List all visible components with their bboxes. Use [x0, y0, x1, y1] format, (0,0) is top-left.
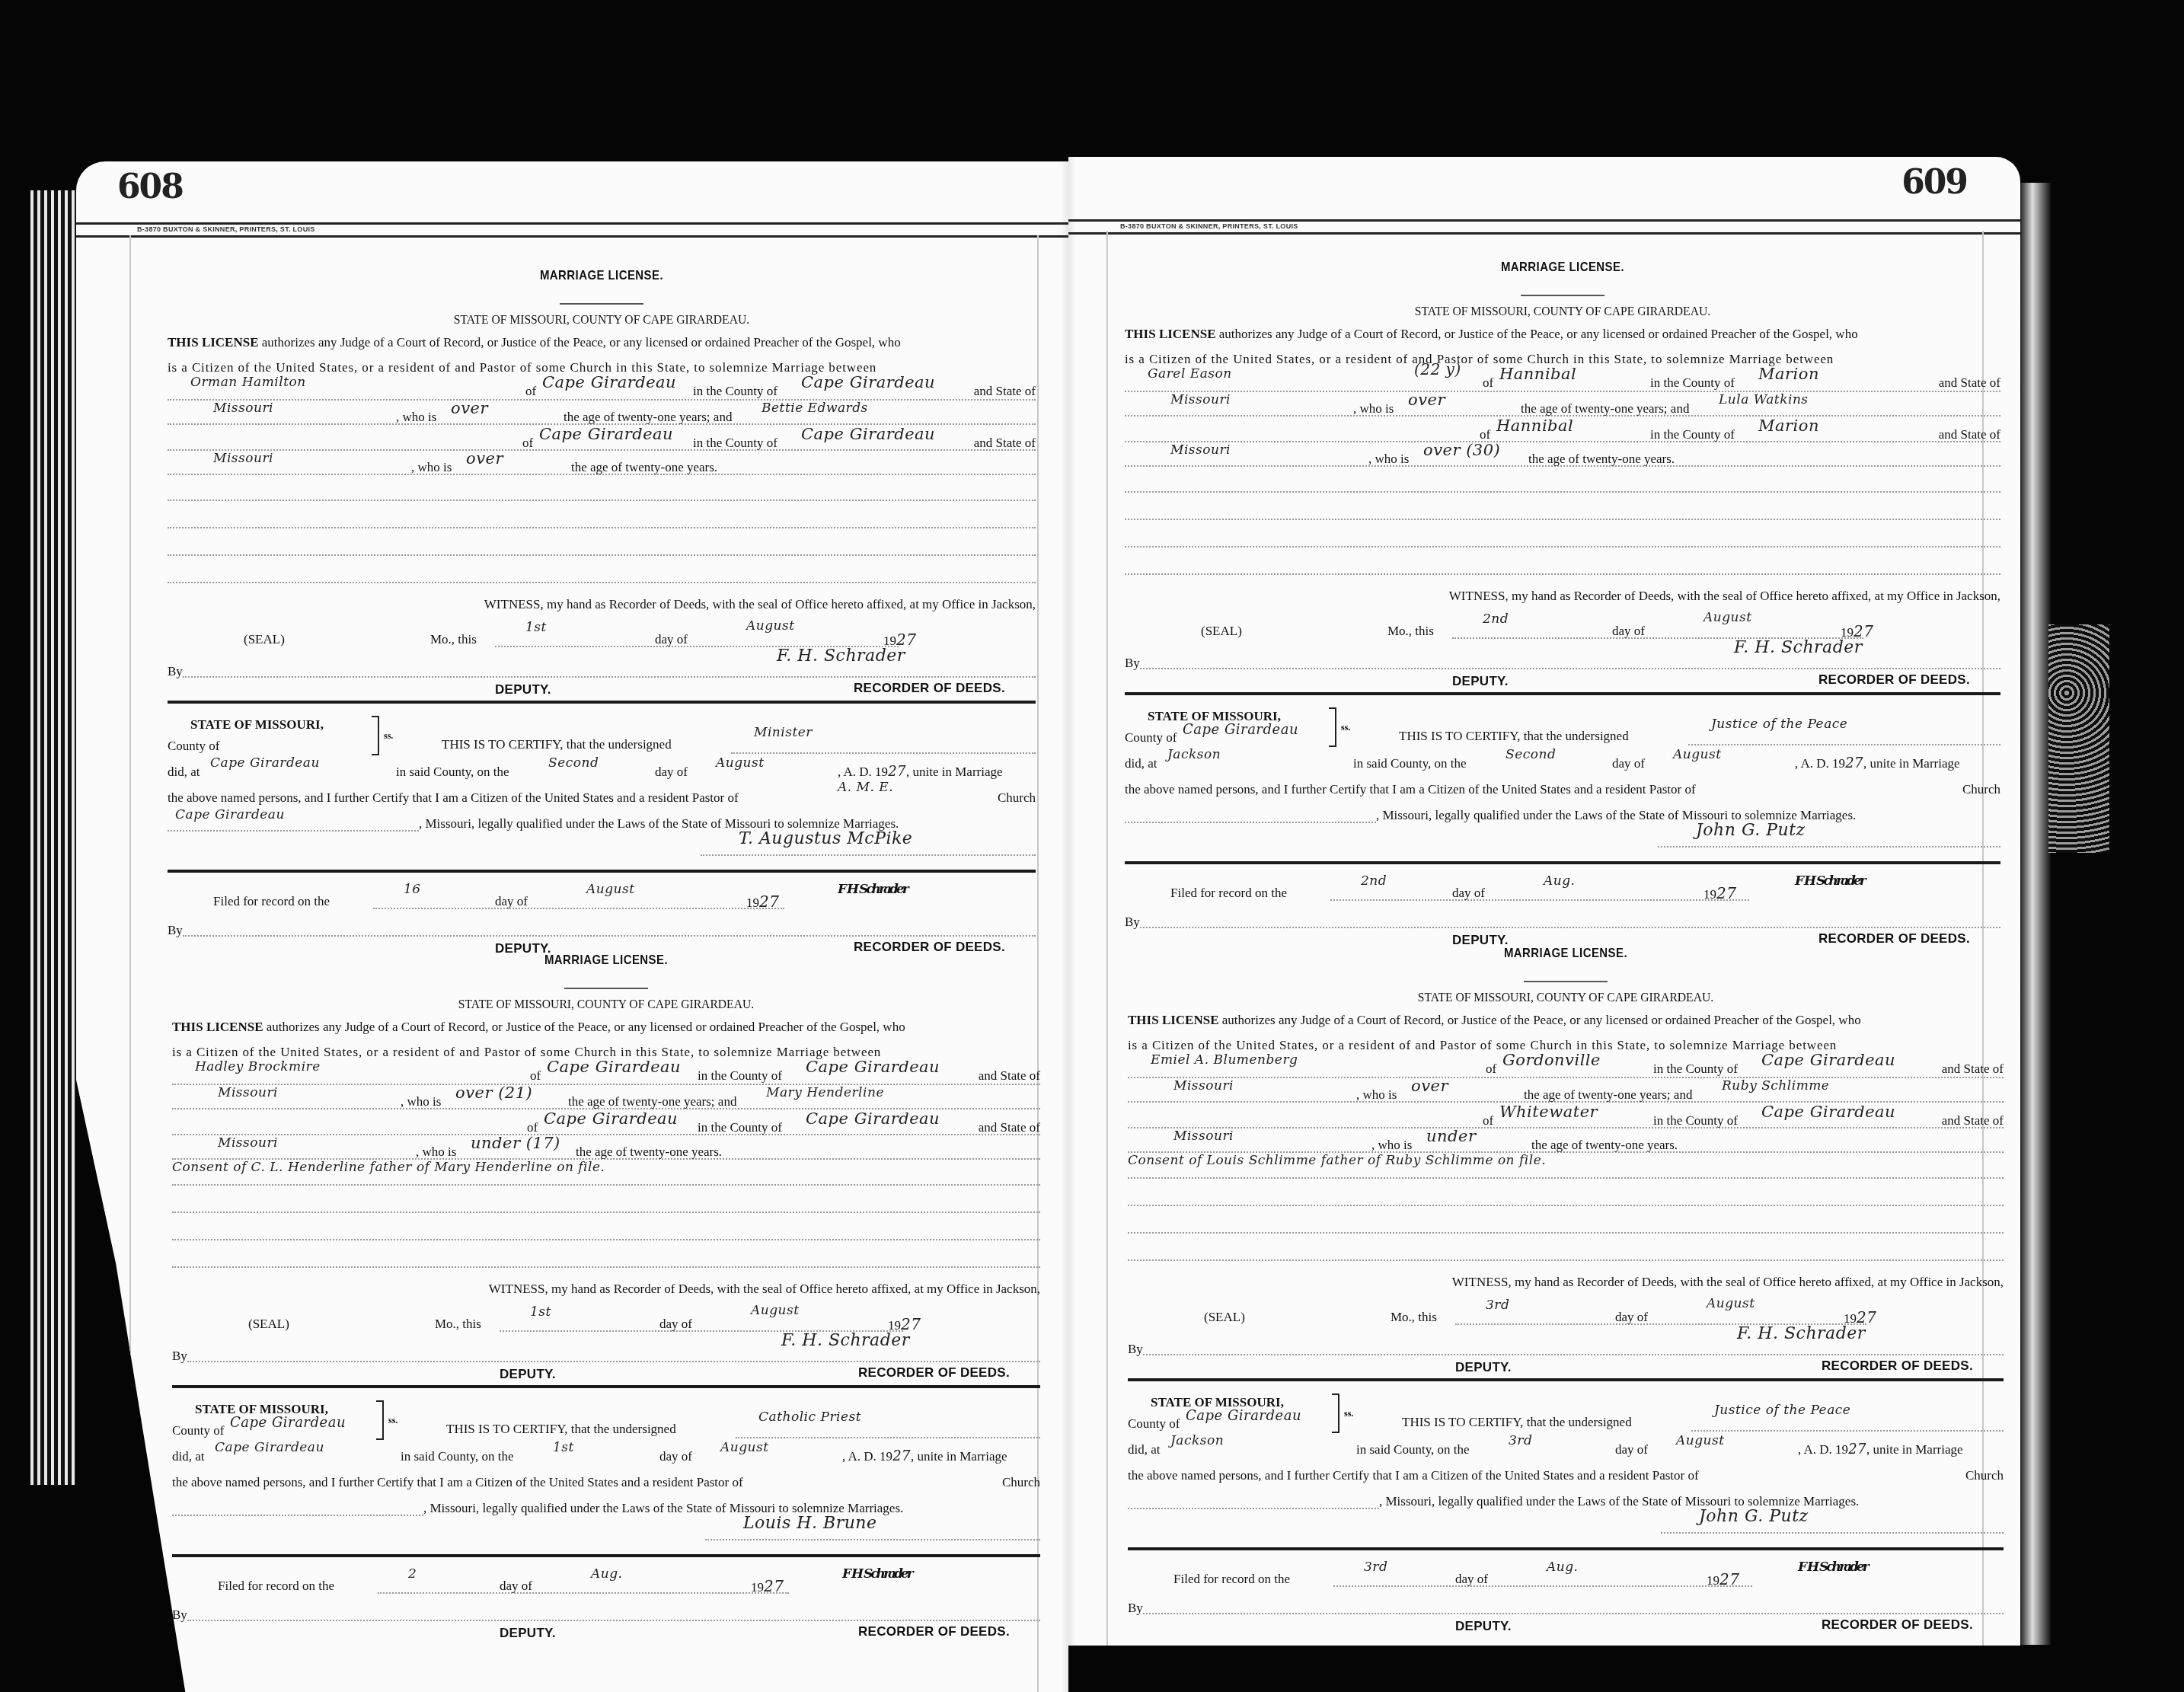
label-ad: , A. D. 1927, unite in Marriage: [838, 765, 1003, 780]
label-did-at: did, at: [168, 765, 200, 780]
printer-imprint: B-3870 BUXTON & SKINNER, PRINTERS, ST. L…: [1120, 222, 1298, 230]
fill-line: [1128, 1259, 2004, 1261]
authorization-text: authorizes any Judge of a Court of Recor…: [1219, 327, 1858, 341]
fill-line: [1143, 1354, 2004, 1355]
bracket: [376, 1400, 384, 1440]
label-by: By: [1128, 1342, 1143, 1357]
bride-age: over (30): [1423, 442, 1500, 458]
section-rule: [1125, 692, 2000, 695]
bride-residence: Whitewater: [1499, 1104, 1598, 1119]
bride-name: Lula Watkins: [1719, 392, 1809, 407]
label-of: of: [525, 384, 536, 399]
issue-day: 1st: [525, 620, 547, 635]
label-by: By: [172, 1349, 187, 1364]
ceremony-year: 27: [892, 1448, 911, 1464]
label-day-of: day of: [1615, 1310, 1648, 1325]
label-ad: , A. D. 1927, unite in Marriage: [1795, 756, 1960, 771]
recorder-filed-signature: F H Schrader: [842, 1566, 912, 1582]
cert-state: STATE OF MISSOURI,: [190, 717, 324, 733]
deputy-label: DEPUTY.: [1455, 1619, 1512, 1634]
label-by: By: [1128, 1601, 1143, 1616]
certify-statement: THIS IS TO CERTIFY, that the undersigned: [1399, 729, 1629, 744]
header-rule: [76, 222, 1068, 225]
label-county-of: County of: [168, 739, 219, 754]
left-page: 608 B-3870 BUXTON & SKINNER, PRINTERS, S…: [76, 161, 1068, 1692]
label-year: 1927: [1703, 886, 1736, 902]
label-church: Church: [998, 790, 1036, 806]
groom-county: Cape Girardeau: [806, 1059, 940, 1074]
label-state-of: and State of: [979, 1068, 1040, 1084]
label-county-of: County of: [172, 1423, 224, 1438]
certify-statement: THIS IS TO CERTIFY, that the undersigned: [442, 737, 672, 752]
groom-age: over: [1411, 1078, 1448, 1093]
ceremony-day: 3rd: [1509, 1433, 1532, 1448]
book-page-stack: [30, 190, 76, 1485]
fill-line: [736, 1437, 1040, 1438]
label-of: of: [522, 436, 533, 451]
ss-label: ss.: [384, 728, 393, 743]
license-lead: THIS LICENSE: [168, 335, 259, 350]
officiant-title: Justice of the Peace: [1714, 1403, 1850, 1418]
label-day-of: day of: [655, 632, 688, 647]
bride-state: Missouri: [1170, 442, 1231, 458]
groom-county: Cape Girardeau: [1761, 1052, 1895, 1068]
ss-label: ss.: [1344, 1406, 1353, 1421]
signature-line: [1658, 846, 2000, 848]
issue-day: 3rd: [1486, 1298, 1509, 1313]
label-did-at: did, at: [172, 1449, 205, 1464]
label-of: of: [1483, 375, 1493, 391]
label-day-of: day of: [1455, 1572, 1488, 1587]
license-citizen-line: is a Citizen of the United States, or a …: [1128, 1038, 1837, 1053]
label-of: of: [1486, 1061, 1496, 1077]
label-age-end: the age of twenty-one years.: [1531, 1138, 1678, 1153]
label-in-said-county: in said County, on the: [401, 1449, 514, 1464]
title-underline: [560, 303, 643, 305]
groom-name: Orman Hamilton: [190, 375, 306, 390]
label-filed: Filed for record on the: [1173, 1572, 1290, 1587]
label-county-of: in the County of: [1653, 1061, 1738, 1077]
label-who-is: , who is: [401, 1094, 441, 1109]
title-underline: [1524, 981, 1608, 982]
officiant-title: Minister: [754, 725, 813, 740]
label-day-of: day of: [655, 765, 688, 780]
fill-line: [1128, 1077, 2004, 1078]
ceremony-month: August: [720, 1440, 769, 1455]
fill-line: [1140, 668, 2000, 669]
label-by: By: [168, 923, 183, 938]
gutter-shadow: [1068, 157, 1076, 1646]
fill-line: [1125, 573, 2000, 575]
groom-state: Missouri: [1170, 392, 1231, 407]
ceremony-year: 27: [888, 764, 906, 780]
fill-line: [172, 1084, 1040, 1085]
fill-line: [168, 830, 419, 832]
recorder-signature: F. H. Schrader: [777, 649, 905, 664]
fill-line: [731, 752, 1036, 754]
seal-label: (SEAL): [244, 632, 285, 647]
label-state-of: and State of: [1939, 375, 2000, 391]
state-county-heading: STATE OF MISSOURI, COUNTY OF CAPE GIRARD…: [203, 312, 1001, 327]
label-age-end: the age of twenty-one years.: [571, 460, 717, 475]
section-rule: [1128, 1378, 2004, 1381]
label-church: Church: [1965, 1468, 2004, 1483]
label-by: By: [168, 664, 183, 679]
fill-line: [172, 1515, 423, 1516]
bride-name: Ruby Schlimme: [1722, 1078, 1829, 1093]
groom-age: over (21): [455, 1085, 532, 1100]
label-filed: Filed for record on the: [213, 894, 330, 909]
groom-age-note: (22 y): [1414, 362, 1461, 377]
license-authorization-line: THIS LICENSE authorizes any Judge of a C…: [172, 1020, 905, 1035]
fill-line: [1125, 822, 1376, 823]
ceremony-day: 1st: [553, 1440, 574, 1455]
issue-day: 2nd: [1483, 611, 1509, 627]
license-citizen-line: is a Citizen of the United States, or a …: [1125, 352, 1834, 367]
right-page: 609 B-3870 BUXTON & SKINNER, PRINTERS, S…: [1068, 157, 2020, 1646]
title-underline: [1521, 295, 1604, 296]
label-in-said-county: in said County, on the: [1353, 756, 1467, 771]
ceremony-year: 27: [1845, 755, 1863, 771]
certify-statement: THIS IS TO CERTIFY, that the undersigned: [446, 1422, 676, 1437]
groom-name: Hadley Brockmire: [195, 1059, 321, 1074]
label-of: of: [530, 1068, 541, 1084]
license-citizen-line: is a Citizen of the United States, or a …: [172, 1045, 881, 1060]
cert-county: Cape Girardeau: [230, 1416, 346, 1431]
printer-imprint: B-3870 BUXTON & SKINNER, PRINTERS, ST. L…: [137, 225, 315, 233]
witness-statement: WITNESS, my hand as Recorder of Deeds, w…: [1452, 1275, 2004, 1290]
bride-county: Marion: [1758, 418, 1819, 433]
label-ad: , A. D. 1927, unite in Marriage: [842, 1449, 1007, 1464]
officiant-signature: Louis H. Brune: [743, 1516, 877, 1531]
label-age-end: the age of twenty-one years.: [1528, 452, 1675, 467]
filed-day: 16: [404, 882, 421, 897]
groom-residence: Hannibal: [1499, 366, 1576, 381]
deputy-label: DEPUTY.: [1452, 674, 1509, 689]
fill-line: [1128, 1127, 2004, 1129]
fill-line: [172, 1266, 1040, 1268]
issue-month: August: [1707, 1296, 1755, 1311]
label-county-of: in the County of: [1653, 1113, 1738, 1129]
header-rule: [1068, 219, 2020, 222]
section-rule: [168, 701, 1036, 704]
label-mo-this: Mo., this: [430, 632, 477, 647]
church-name: A. M. E.: [838, 780, 893, 795]
state-county-heading: STATE OF MISSOURI, COUNTY OF CAPE GIRARD…: [1160, 304, 1965, 319]
bride-age: under (17): [471, 1135, 560, 1151]
fill-line: [168, 527, 1036, 528]
fill-line: [168, 554, 1036, 556]
signature-line: [705, 1539, 1040, 1540]
bracket: [1332, 1394, 1339, 1433]
page-number: 608: [117, 168, 183, 206]
license-entry: MARRIAGE LICENSE. STATE OF MISSOURI, COU…: [172, 953, 1040, 1607]
ceremony-month: August: [1676, 1433, 1725, 1448]
groom-age: over: [451, 401, 488, 416]
license-citizen-line: is a Citizen of the United States, or a …: [168, 360, 876, 375]
bride-county: Cape Girardeau: [801, 426, 935, 442]
fill-line: [172, 1212, 1040, 1213]
label-county-of: in the County of: [693, 436, 777, 451]
recorder-filed-signature: F H Schrader: [1798, 1560, 1867, 1575]
label-by: By: [172, 1607, 187, 1623]
seal-label: (SEAL): [1204, 1310, 1245, 1325]
page-number: 609: [1901, 163, 1967, 202]
label-church: Church: [1962, 782, 2000, 797]
bride-residence: Cape Girardeau: [539, 426, 673, 442]
fill-line: [1125, 519, 2000, 520]
ceremony-place: Jackson: [1167, 747, 1221, 762]
consent-note: Consent of Louis Schlimme father of Ruby…: [1128, 1153, 1546, 1168]
recorder-label: RECORDER OF DEEDS.: [858, 1624, 1010, 1639]
fill-line: [1125, 441, 2000, 442]
label-by: By: [1125, 915, 1140, 930]
recorder-label: RECORDER OF DEEDS.: [1822, 1617, 1973, 1633]
fill-line: [1691, 1430, 2004, 1432]
filed-month: Aug.: [1547, 1560, 1579, 1575]
issue-month: August: [751, 1303, 800, 1318]
deputy-label: DEPUTY.: [500, 1626, 556, 1641]
label-who-is: , who is: [1371, 1138, 1412, 1153]
officiant-signature: John G. Putz: [1699, 1509, 1809, 1524]
bride-county: Cape Girardeau: [1761, 1104, 1895, 1119]
authorization-text: authorizes any Judge of a Court of Recor…: [262, 335, 901, 350]
license-title: MARRIAGE LICENSE.: [1180, 946, 1951, 961]
fill-line: [1333, 1585, 1752, 1587]
label-of: of: [1480, 427, 1490, 442]
fill-line: [1140, 927, 2000, 928]
filed-year: 27: [1719, 1570, 1739, 1588]
label-age-end: the age of twenty-one years.: [576, 1144, 722, 1160]
recorder-label: RECORDER OF DEEDS.: [1822, 1358, 1973, 1374]
license-lead: THIS LICENSE: [172, 1020, 263, 1034]
right-page-edge: [2020, 183, 2051, 1645]
label-county-of: in the County of: [1650, 375, 1735, 391]
filed-year: 27: [764, 1577, 784, 1595]
recorder-label: RECORDER OF DEEDS.: [858, 1365, 1010, 1381]
label-did-at: did, at: [1125, 756, 1157, 771]
signature-line: [1661, 1532, 2004, 1534]
label-filed: Filed for record on the: [218, 1579, 334, 1594]
bride-age: under: [1426, 1129, 1476, 1144]
consent-note: Consent of C. L. Henderline father of Ma…: [172, 1160, 605, 1175]
label-state-of: and State of: [979, 1120, 1040, 1135]
label-county-of: in the County of: [698, 1120, 782, 1135]
label-day-of: day of: [659, 1317, 692, 1332]
fill-line: [187, 1361, 1040, 1362]
license-title: MARRIAGE LICENSE.: [219, 268, 983, 283]
recorder-filed-signature: F H Schrader: [1795, 873, 1864, 889]
label-county-of: in the County of: [693, 384, 777, 399]
label-age-and: the age of twenty-one years; and: [1524, 1087, 1692, 1103]
license-authorization-line: THIS LICENSE authorizes any Judge of a C…: [1128, 1013, 1861, 1028]
signature-line: [701, 854, 1036, 856]
filed-year: 27: [759, 892, 779, 911]
bride-name: Bettie Edwards: [762, 401, 868, 416]
section-rule: [172, 1385, 1040, 1388]
fill-line: [168, 399, 1036, 401]
label-age-and: the age of twenty-one years; and: [568, 1094, 736, 1109]
bride-county: Cape Girardeau: [806, 1111, 940, 1126]
label-day-of: day of: [1612, 756, 1645, 771]
license-authorization-line: THIS LICENSE authorizes any Judge of a C…: [1125, 327, 1858, 342]
bracket: [372, 716, 379, 755]
fill-line: [1128, 1232, 2004, 1234]
label-county-of: in the County of: [698, 1068, 782, 1084]
recorder-signature: F. H. Schrader: [1734, 640, 1863, 656]
groom-county: Marion: [1758, 366, 1819, 381]
fill-line: [1125, 491, 2000, 493]
fill-line: [1128, 1508, 1379, 1509]
state-county-heading: STATE OF MISSOURI, COUNTY OF CAPE GIRARD…: [207, 997, 1006, 1012]
license-entry: MARRIAGE LICENSE. STATE OF MISSOURI, COU…: [168, 268, 1036, 923]
ceremony-day: Second: [1505, 747, 1556, 762]
groom-residence: Cape Girardeau: [547, 1059, 681, 1074]
recorder-signature: F. H. Schrader: [781, 1333, 910, 1349]
recorder-label: RECORDER OF DEEDS.: [1818, 672, 1970, 688]
label-mo-this: Mo., this: [1387, 624, 1434, 639]
filed-year: 27: [1716, 884, 1736, 902]
label-day-of: day of: [659, 1449, 692, 1464]
authorization-text: authorizes any Judge of a Court of Recor…: [267, 1020, 905, 1034]
header-rule: [76, 235, 1068, 238]
label-in-said-county: in said County, on the: [1356, 1442, 1470, 1457]
filed-month: Aug.: [591, 1566, 623, 1582]
officiant-title: Catholic Priest: [758, 1409, 861, 1425]
filed-month: August: [586, 882, 635, 897]
ss-label: ss.: [388, 1413, 398, 1428]
margin-line: [1106, 231, 1108, 1646]
ceremony-place: Cape Girardeau: [215, 1440, 324, 1455]
church-place: Cape Girardeau: [175, 807, 285, 822]
label-who-is: , who is: [416, 1144, 456, 1160]
label-day-of: day of: [1615, 1442, 1648, 1457]
label-state-of: and State of: [1942, 1061, 2004, 1077]
issue-day: 1st: [530, 1304, 551, 1320]
section-rule: [1128, 1547, 2004, 1550]
recorder-label: RECORDER OF DEEDS.: [1818, 931, 1970, 947]
cert-county: Cape Girardeau: [1186, 1409, 1301, 1424]
label-did-at: did, at: [1128, 1442, 1161, 1457]
filed-day: 3rd: [1364, 1560, 1387, 1575]
fill-line: [183, 676, 1036, 678]
label-county-of: County of: [1128, 1416, 1180, 1432]
bride-name: Mary Henderline: [766, 1085, 884, 1100]
witness-statement: WITNESS, my hand as Recorder of Deeds, w…: [489, 1282, 1040, 1297]
section-rule: [1125, 861, 2000, 864]
fill-line: [373, 908, 784, 909]
label-age-and: the age of twenty-one years; and: [1521, 401, 1689, 417]
label-state-of: and State of: [1939, 427, 2000, 442]
seal-label: (SEAL): [1201, 624, 1242, 639]
fill-line: [1330, 899, 1749, 901]
label-of: of: [1483, 1113, 1493, 1129]
label-filed: Filed for record on the: [1170, 886, 1287, 901]
fill-line: [168, 500, 1036, 501]
gutter-shadow: [1061, 161, 1068, 1692]
license-entry: MARRIAGE LICENSE. STATE OF MISSOURI, COU…: [1128, 946, 2004, 1601]
label-county-of: in the County of: [1650, 427, 1735, 442]
authorization-text: authorizes any Judge of a Court of Recor…: [1222, 1013, 1861, 1027]
above-named-statement: the above named persons, and I further C…: [1128, 1468, 1699, 1483]
witness-statement: WITNESS, my hand as Recorder of Deeds, w…: [484, 597, 1036, 612]
ss-label: ss.: [1341, 720, 1350, 735]
ceremony-place: Jackson: [1170, 1433, 1224, 1448]
section-rule: [168, 870, 1036, 873]
above-named-statement: the above named persons, and I further C…: [1125, 782, 1696, 797]
bride-state: Missouri: [213, 451, 273, 466]
bride-residence: Hannibal: [1496, 418, 1573, 433]
filed-day: 2: [408, 1566, 417, 1582]
edge-paper-scraps: [2048, 624, 2109, 853]
fill-line: [187, 1620, 1040, 1621]
groom-state: Missouri: [213, 401, 273, 416]
groom-name: Emiel A. Blumenberg: [1151, 1052, 1298, 1068]
label-church: Church: [1002, 1475, 1040, 1490]
fill-line: [183, 935, 1036, 937]
label-day-of: day of: [495, 894, 528, 909]
label-mo-this: Mo., this: [435, 1317, 481, 1332]
license-lead: THIS LICENSE: [1128, 1013, 1219, 1027]
label-in-said-county: in said County, on the: [396, 765, 509, 780]
groom-age: over: [1408, 392, 1445, 407]
title-underline: [564, 988, 648, 989]
label-mo-this: Mo., this: [1391, 1310, 1437, 1325]
issue-month: August: [746, 618, 795, 634]
groom-state: Missouri: [1173, 1078, 1234, 1093]
filed-day: 2nd: [1361, 873, 1387, 889]
bracket: [1329, 707, 1336, 747]
label-state-of: and State of: [974, 384, 1036, 399]
label-state-of: and State of: [974, 436, 1036, 451]
filed-month: Aug.: [1544, 873, 1576, 889]
label-day-of: day of: [1452, 886, 1485, 901]
bride-state: Missouri: [1173, 1129, 1234, 1144]
label-day-of: day of: [1612, 624, 1645, 639]
license-title: MARRIAGE LICENSE.: [224, 953, 988, 968]
cert-county: Cape Girardeau: [1183, 723, 1298, 738]
fill-line: [1128, 1205, 2004, 1206]
fill-line: [1143, 1613, 2004, 1614]
state-county-heading: STATE OF MISSOURI, COUNTY OF CAPE GIRARD…: [1163, 990, 1968, 1005]
certify-statement: THIS IS TO CERTIFY, that the undersigned: [1402, 1415, 1632, 1430]
fill-line: [1125, 391, 2000, 392]
bride-residence: Cape Girardeau: [544, 1111, 678, 1126]
label-who-is: , who is: [1368, 452, 1409, 467]
officiant-signature: John G. Putz: [1696, 823, 1806, 838]
label-year: 1927: [751, 1579, 784, 1595]
groom-name: Garel Eason: [1148, 366, 1232, 381]
label-who-is: , who is: [396, 410, 436, 425]
header-rule: [1068, 232, 2020, 235]
officiant-signature: T. Augustus McPike: [739, 832, 912, 847]
ceremony-month: August: [1673, 747, 1722, 762]
fill-line: [168, 582, 1036, 583]
label-year: 1927: [1707, 1572, 1739, 1588]
label-who-is: , who is: [1353, 401, 1394, 417]
officiant-title: Justice of the Peace: [1711, 717, 1847, 732]
margin-line: [129, 235, 131, 1692]
groom-state: Missouri: [218, 1085, 278, 1100]
deputy-label: DEPUTY.: [1455, 1360, 1512, 1375]
label-year: 1927: [746, 894, 779, 911]
above-named-statement: the above named persons, and I further C…: [172, 1475, 743, 1490]
above-named-statement: the above named persons, and I further C…: [168, 790, 739, 806]
fill-line: [172, 1134, 1040, 1135]
bride-state: Missouri: [218, 1135, 278, 1151]
fill-line: [168, 449, 1036, 451]
groom-residence: Cape Girardeau: [542, 375, 676, 390]
